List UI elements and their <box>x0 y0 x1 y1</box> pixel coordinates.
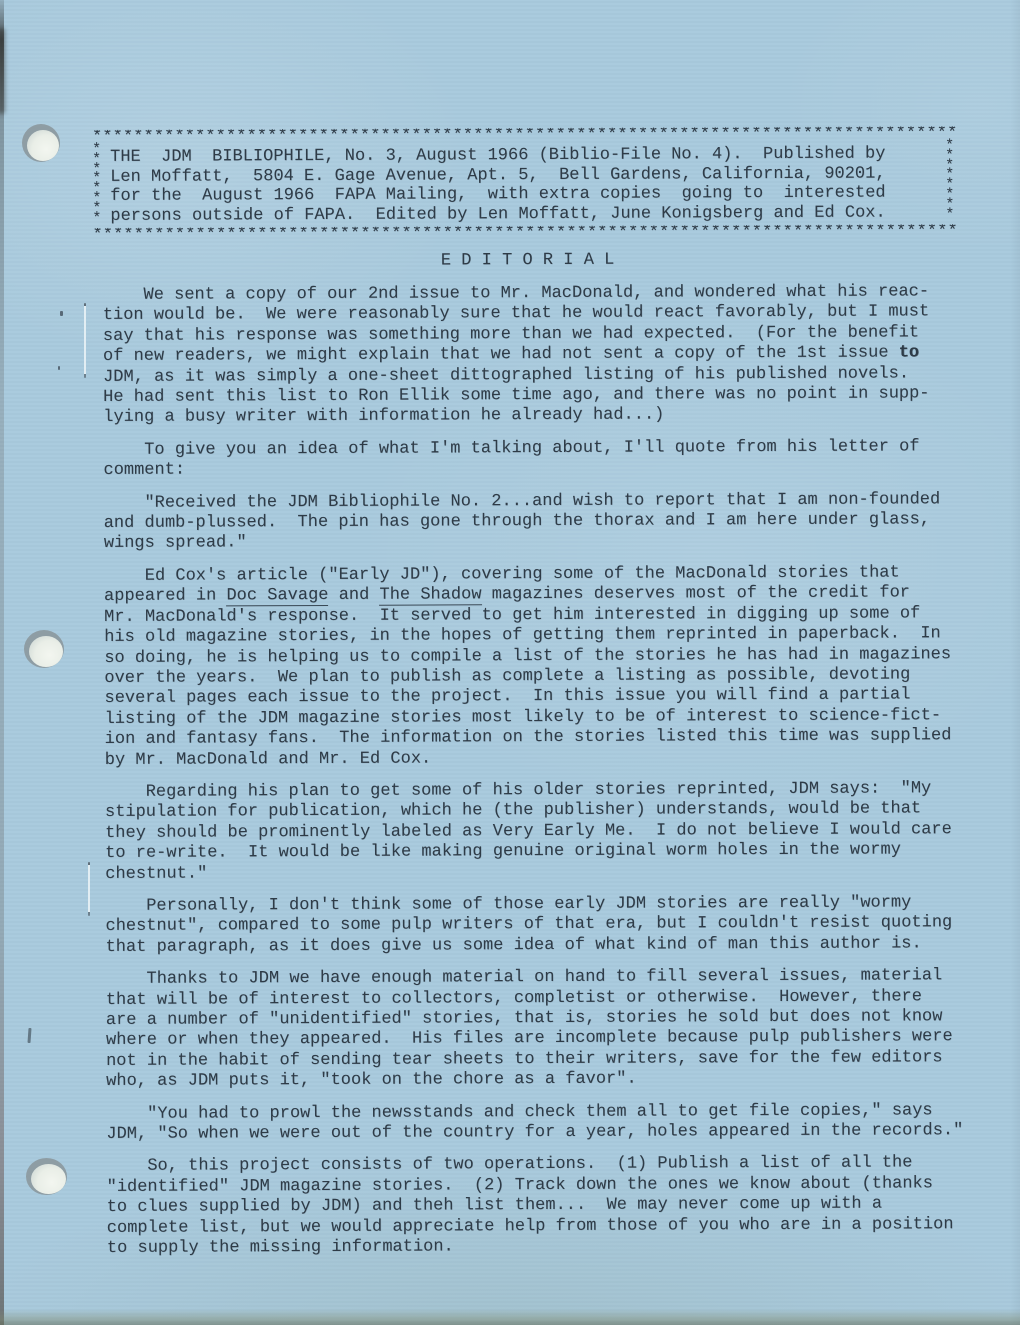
scanned-page: ****************************************… <box>0 0 1020 1325</box>
masthead-border-right: * * * * * * * * <box>945 141 954 219</box>
editorial-paragraphs: We sent a copy of our 2nd issue to Mr. M… <box>93 282 967 1259</box>
masthead: ****************************************… <box>92 126 962 244</box>
paragraph: Personally, I don't think some of those … <box>105 893 965 958</box>
paragraph-text: To give you an idea of what I'm talking … <box>103 437 919 480</box>
paragraph-text: We sent a copy of our 2nd issue to Mr. M… <box>103 282 930 366</box>
paragraph-text: and <box>328 586 379 605</box>
overstruck-text: to <box>899 344 919 363</box>
paragraph-text: "You had to prowl the newsstands and che… <box>106 1101 963 1144</box>
paragraph: We sent a copy of our 2nd issue to Mr. M… <box>103 282 964 429</box>
punch-hole <box>26 1158 67 1195</box>
paragraph: "You had to prowl the newsstands and che… <box>106 1101 966 1146</box>
paragraph: So, this project consists of two operati… <box>106 1154 966 1260</box>
scratch-mark <box>84 303 86 378</box>
underlined-text: The Shadow <box>379 586 481 606</box>
ink-speck <box>27 1028 31 1043</box>
paragraph: "Received the JDM Bibliophile No. 2...an… <box>104 490 964 555</box>
paragraph-text: magazines deserves most of the credit fo… <box>104 584 951 770</box>
scratch-mark <box>88 862 90 916</box>
paragraph-text: Thanks to JDM we have enough material on… <box>106 966 953 1091</box>
paragraph: Regarding his plan to get some of his ol… <box>105 779 965 885</box>
punch-hole <box>22 124 60 162</box>
paragraph-text: Personally, I don't think some of those … <box>105 893 952 956</box>
page-content: ****************************************… <box>92 126 967 1271</box>
paragraph-text: So, this project consists of two operati… <box>106 1154 953 1258</box>
masthead-border-bottom: ****************************************… <box>92 224 962 244</box>
punch-hole <box>24 630 64 668</box>
ink-speck <box>60 311 63 316</box>
masthead-lines: THE JDM BIBLIOPHILE, No. 3, August 1966 … <box>92 142 962 228</box>
paragraph: Ed Cox's article ("Early JD"), covering … <box>104 563 965 771</box>
edge-smudge <box>0 28 5 114</box>
scan-edge-left <box>0 0 4 1325</box>
paragraph-text: Regarding his plan to get some of his ol… <box>105 779 952 883</box>
masthead-line: persons outside of FAPA. Edited by Len M… <box>110 203 962 226</box>
paragraph-text: "Received the JDM Bibliophile No. 2...an… <box>104 490 941 553</box>
scan-edge-bottom <box>0 1309 1020 1325</box>
ink-speck <box>58 366 60 370</box>
editorial-heading: E D I T O R I A L <box>93 249 963 273</box>
paragraph: To give you an idea of what I'm talking … <box>103 437 963 482</box>
masthead-border-left: * * * * * * * * <box>92 145 101 223</box>
paragraph: Thanks to JDM we have enough material on… <box>106 966 967 1092</box>
underlined-text: Doc Savage <box>226 586 328 606</box>
